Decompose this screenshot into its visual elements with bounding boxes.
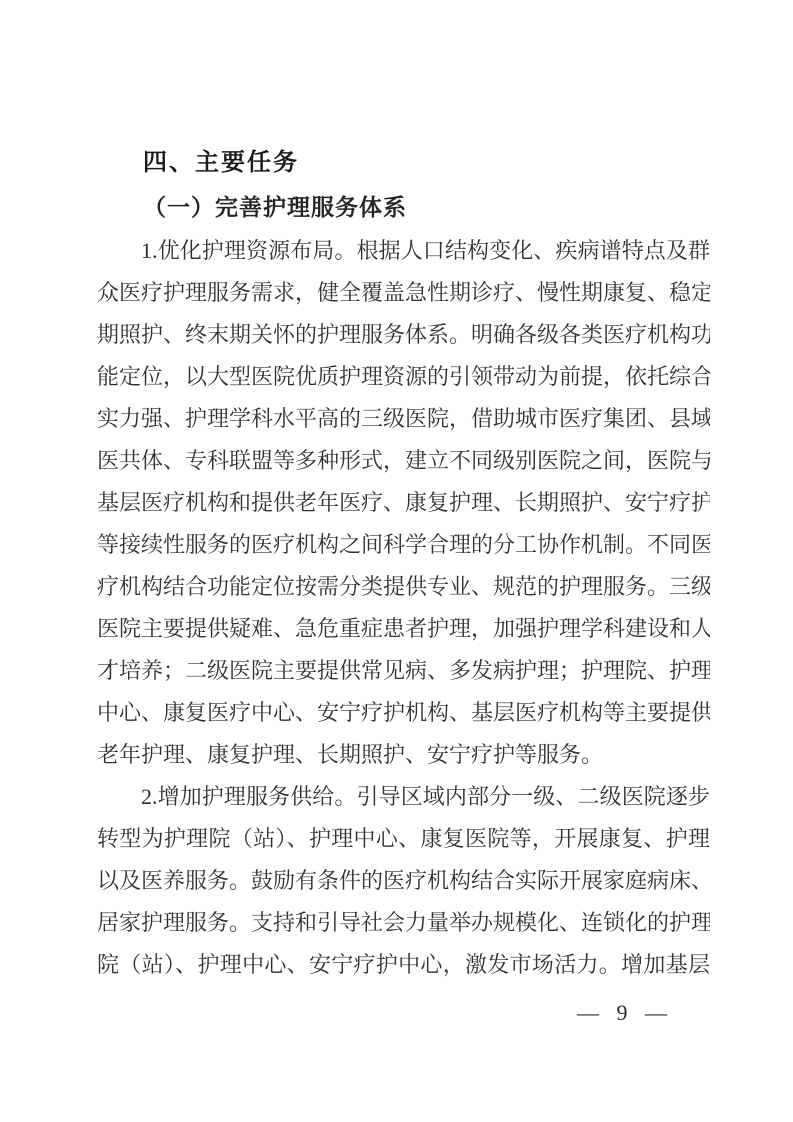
text-line: 实力强、护理学科水平高的三级医院，借助城市医疗集团、县域 [97, 398, 710, 440]
text-line: 院（站）、护理中心、安宁疗护中心，激发市场活力。增加基层 [97, 944, 710, 986]
paragraph: 1.优化护理资源布局。根据人口结构变化、疾病谱特点及群众医疗护理服务需求，健全覆… [97, 230, 710, 776]
text-line: 1.优化护理资源布局。根据人口结构变化、疾病谱特点及群 [97, 230, 710, 272]
document-page: 四、主要任务 （一）完善护理服务体系 1.优化护理资源布局。根据人口结构变化、疾… [0, 0, 793, 1122]
text-line: 以及医养服务。鼓励有条件的医疗机构结合实际开展家庭病床、 [97, 860, 710, 902]
text-line: 中心、康复医疗中心、安宁疗护机构、基层医疗机构等主要提供 [97, 692, 710, 734]
text-line: 居家护理服务。支持和引导社会力量举办规模化、连锁化的护理 [97, 902, 710, 944]
text-line: 众医疗护理服务需求，健全覆盖急性期诊疗、慢性期康复、稳定 [97, 272, 710, 314]
text-line: 转型为护理院（站）、护理中心、康复医院等，开展康复、护理 [97, 818, 710, 860]
subsection-heading: （一）完善护理服务体系 [97, 186, 710, 230]
text-line: 期照护、终末期关怀的护理服务体系。明确各级各类医疗机构功 [97, 314, 710, 356]
paragraph: 2.增加护理服务供给。引导区域内部分一级、二级医院逐步转型为护理院（站）、护理中… [97, 776, 710, 986]
page-number: — 9 — [577, 1000, 673, 1026]
text-line: 等接续性服务的医疗机构之间科学合理的分工协作机制。不同医 [97, 524, 710, 566]
text-line: 才培养；二级医院主要提供常见病、多发病护理；护理院、护理 [97, 650, 710, 692]
text-line: 2.增加护理服务供给。引导区域内部分一级、二级医院逐步 [97, 776, 710, 818]
text-line: 疗机构结合功能定位按需分类提供专业、规范的护理服务。三级 [97, 566, 710, 608]
text-line: 能定位，以大型医院优质护理资源的引领带动为前提，依托综合 [97, 356, 710, 398]
text-line: 医院主要提供疑难、急危重症患者护理，加强护理学科建设和人 [97, 608, 710, 650]
document-content: 四、主要任务 （一）完善护理服务体系 1.优化护理资源布局。根据人口结构变化、疾… [97, 140, 710, 986]
text-line: 老年护理、康复护理、长期照护、安宁疗护等服务。 [97, 734, 710, 776]
section-heading: 四、主要任务 [97, 140, 710, 186]
text-line: 基层医疗机构和提供老年医疗、康复护理、长期照护、安宁疗护 [97, 482, 710, 524]
text-line: 医共体、专科联盟等多种形式，建立不同级别医院之间，医院与 [97, 440, 710, 482]
document-body: 1.优化护理资源布局。根据人口结构变化、疾病谱特点及群众医疗护理服务需求，健全覆… [97, 230, 710, 986]
